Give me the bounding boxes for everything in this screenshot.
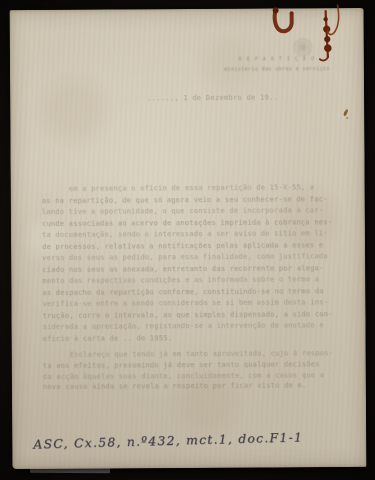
stain-blob [323,17,327,21]
typed-line: oficio à carta de .. de 1955. [43,332,346,345]
letter-paragraph-2: Esclareço que tendo já em tanto aproveit… [43,348,346,393]
ink-stains [254,0,354,70]
stain-blob [273,7,279,13]
stain-blob [324,44,332,52]
ink-speck [346,117,348,119]
stain-hook [320,57,328,60]
stain-blob [324,36,330,42]
ink-speck [343,109,349,117]
letter-page: R E P A R T I Ç Ã O ministerio das obras… [10,8,367,469]
stain-blob [323,26,330,33]
dateline: ......, 1 de Dezembro de 19.. [147,93,297,102]
archival-annotation: ASC, Cx.58, n.º432, mct.1, doc.F1-1 [33,430,283,452]
stain-blob [290,11,294,15]
letter-paragraph-1: em a presença o oficio de essa repartiçã… [42,182,346,345]
typed-line: nova causa ainda se revela a respeito po… [43,380,346,393]
